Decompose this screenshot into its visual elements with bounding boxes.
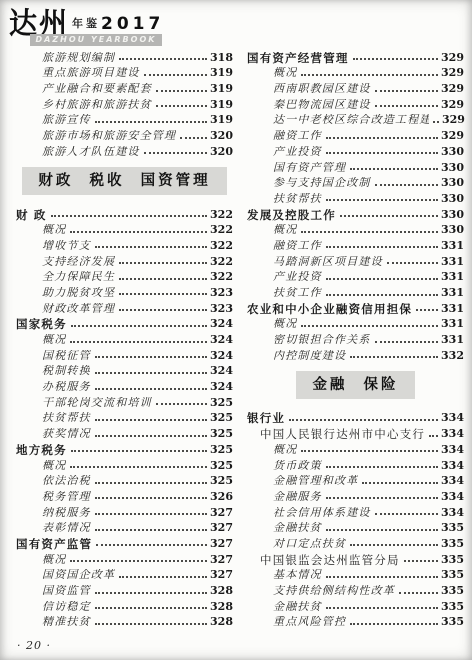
dot-leader [96, 544, 207, 546]
dot-leader [156, 105, 207, 107]
dot-leader [95, 356, 207, 358]
dot-leader [326, 497, 438, 499]
toc-entry-title: 国有资产管理 [247, 162, 346, 174]
toc-entry-title: 农业和中小企业融资信用担保 [247, 303, 412, 315]
toc-entry-title: 中国人民银行达州市中心支行 [247, 428, 425, 440]
dot-leader [95, 372, 207, 374]
toc-entry: 产业投资 330 [247, 142, 464, 158]
toc-entry-page: 328 [210, 585, 233, 597]
toc-entry-page: 325 [210, 428, 233, 440]
dot-leader [326, 529, 438, 531]
toc-entry-page: 334 [441, 460, 464, 472]
toc-entry-page: 330 [441, 162, 464, 174]
toc-entry: 农业和中小企业融资信用担保 331 [247, 299, 464, 315]
toc-entry: 金融管理和改革 334 [247, 472, 464, 488]
yearbook-logo-header: 达州 年鉴 2017 DAZHOU YEARBOOK [0, 0, 472, 46]
toc-entry: 融资工作 331 [247, 236, 464, 252]
toc-entry-page: 330 [441, 209, 464, 221]
toc-entry-title: 财政改革管理 [16, 303, 115, 315]
toc-entry: 扶贫帮扶 325 [16, 409, 233, 425]
toc-entry: 获奖情况 325 [16, 424, 233, 440]
toc-entry: 概况 331 [247, 315, 464, 331]
toc-entry-page: 320 [210, 146, 233, 158]
dot-leader [95, 513, 207, 515]
toc-entry-page: 324 [210, 381, 233, 393]
toc-entry-title: 助力脱贫攻坚 [16, 287, 115, 299]
logo-banner: DAZHOU YEARBOOK [30, 34, 162, 46]
dot-leader [326, 576, 438, 578]
toc-entry: 干部轮岗交流和培训 325 [16, 393, 233, 409]
toc-entry: 重点旅游项目建设 319 [16, 64, 233, 80]
toc-entry: 支持供给侧结构性改革 335 [247, 581, 464, 597]
toc-entry: 基本情况 335 [247, 566, 464, 582]
toc-entry: 扶贫工作 331 [247, 283, 464, 299]
dot-leader [95, 388, 207, 390]
toc-entry-title: 信访稳定 [16, 601, 91, 613]
toc-entry-page: 319 [210, 99, 233, 111]
dot-leader [51, 215, 207, 217]
toc-entry-title: 概况 [247, 224, 297, 236]
toc-entry-page: 329 [441, 130, 464, 142]
toc-entry: 支持经济发展 322 [16, 252, 233, 268]
toc-entry-title: 表彰情况 [16, 522, 91, 534]
toc-entry-title: 概况 [16, 460, 66, 472]
dot-leader [375, 90, 438, 92]
toc-entry-title: 旅游人才队伍建设 [16, 146, 140, 158]
dot-leader [70, 341, 207, 343]
toc-entry: 增收节支 322 [16, 236, 233, 252]
dot-leader [350, 168, 438, 170]
dot-leader [144, 74, 207, 76]
toc-entry-title: 概况 [16, 334, 66, 346]
toc-entry-page: 334 [441, 428, 464, 440]
toc-entry-title: 概况 [247, 67, 297, 79]
toc-entry: 税务管理 326 [16, 487, 233, 503]
toc-entry-page: 329 [441, 52, 464, 64]
toc-entry: 办税服务 324 [16, 377, 233, 393]
toc-entry-title: 西南职教园区建设 [247, 83, 371, 95]
toc-entry-page: 334 [441, 507, 464, 519]
toc-entry-title: 基本情况 [247, 569, 322, 581]
toc-entry-title: 税制转换 [16, 365, 91, 377]
toc-entry-page: 335 [441, 522, 464, 534]
dot-leader [375, 184, 438, 186]
toc-entry-page: 330 [441, 146, 464, 158]
toc-entry-page: 335 [441, 601, 464, 613]
toc-entry-page: 334 [441, 491, 464, 503]
toc-entry: 内控制度建设 332 [247, 346, 464, 362]
toc-entry-title: 乡村旅游和旅游扶贫 [16, 99, 152, 111]
toc-entry-title: 全力保障民生 [16, 271, 115, 283]
toc-entry-page: 331 [441, 334, 464, 346]
toc-entry: 助力脱贫攻坚 323 [16, 283, 233, 299]
toc-entry: 旅游人才队伍建设 320 [16, 142, 233, 158]
toc-entry-title: 概况 [247, 318, 297, 330]
toc-entry: 概况 329 [247, 64, 464, 80]
toc-entry: 乡村旅游和旅游扶贫 319 [16, 95, 233, 111]
dot-leader [119, 309, 207, 311]
dot-leader [375, 341, 438, 343]
toc-entry-title: 纳税服务 [16, 507, 91, 519]
dot-leader [387, 262, 438, 264]
dot-leader [70, 466, 207, 468]
dot-leader [95, 497, 207, 499]
dot-leader [95, 623, 207, 625]
dot-leader [119, 576, 207, 578]
toc-entry-title: 旅游规划编制 [16, 52, 115, 64]
toc-entry-title: 支持经济发展 [16, 256, 115, 268]
logo-year: 2017 [101, 14, 164, 34]
toc-entry-page: 330 [441, 177, 464, 189]
toc-entry: 国税征管 324 [16, 346, 233, 362]
dot-leader [326, 607, 438, 609]
dot-leader [119, 278, 207, 280]
toc-entry-page: 331 [441, 240, 464, 252]
dot-leader [301, 325, 438, 327]
dot-leader [95, 529, 207, 531]
dot-leader [119, 293, 207, 295]
toc-entry-title: 旅游市场和旅游安全管理 [16, 130, 176, 142]
toc-entry: 达一中老校区综合改造工程建设 329 [247, 111, 464, 127]
toc-entry-title: 国有资产经营管理 [247, 52, 349, 64]
toc-entry-title: 产业投资 [247, 146, 322, 158]
dot-leader [326, 199, 438, 201]
toc-entry: 中国银监会达州监管分局 335 [247, 550, 464, 566]
toc-entry: 融资工作 329 [247, 126, 464, 142]
toc-entry: 概况 322 [16, 221, 233, 237]
dot-leader [289, 419, 438, 421]
dot-leader [119, 58, 207, 60]
toc-entry-page: 327 [210, 569, 233, 581]
toc-entry-page: 325 [210, 475, 233, 487]
dot-leader [350, 623, 438, 625]
toc-entry-page: 327 [210, 522, 233, 534]
toc-entry-title: 概况 [16, 554, 66, 566]
toc-entry-title: 金融扶贫 [247, 522, 322, 534]
toc-entry: 社会信用体系建设 334 [247, 503, 464, 519]
toc-entry-page: 325 [210, 397, 233, 409]
toc-entry-page: 324 [210, 334, 233, 346]
scanned-yearbook-page: 达州 年鉴 2017 DAZHOU YEARBOOK 旅游规划编制 318 重点… [0, 0, 472, 660]
toc-entry-title: 概况 [247, 444, 297, 456]
toc-entry-title: 增收节支 [16, 240, 91, 252]
toc-entry-page: 326 [210, 491, 233, 503]
toc-entry-title: 参与支持国企改制 [247, 177, 371, 189]
toc-entry-title: 金融服务 [247, 491, 322, 503]
toc-entry-title: 产业投资 [247, 271, 322, 283]
dot-leader [326, 152, 438, 154]
toc-entry-title: 概况 [16, 224, 66, 236]
toc-entry-title: 金融扶贫 [247, 601, 322, 613]
toc-column-left: 旅游规划编制 318 重点旅游项目建设 319 产业融合和要素配套 319 [16, 48, 233, 636]
toc-entry-page: 329 [441, 67, 464, 79]
toc-entry-page: 319 [210, 83, 233, 95]
dot-leader [362, 482, 438, 484]
toc-columns: 旅游规划编制 318 重点旅游项目建设 319 产业融合和要素配套 319 [16, 48, 464, 636]
toc-entry-page: 334 [441, 444, 464, 456]
toc-entry: 精准扶贫 328 [16, 613, 233, 629]
dot-leader [70, 231, 207, 233]
dot-leader [326, 246, 438, 248]
toc-entry-title: 获奖情况 [16, 428, 91, 440]
toc-entry: 中国人民银行达州市中心支行 334 [247, 424, 464, 440]
toc-entry-page: 328 [210, 601, 233, 613]
toc-entry: 概况 327 [16, 550, 233, 566]
dot-leader [429, 435, 438, 437]
toc-entry: 重点风险管控 335 [247, 613, 464, 629]
toc-entry-title: 产业融合和要素配套 [16, 83, 152, 95]
dot-leader [326, 278, 438, 280]
page-number: · 20 · [17, 639, 51, 652]
dot-leader [326, 137, 438, 139]
toc-entry-page: 328 [210, 616, 233, 628]
dot-leader [156, 90, 207, 92]
toc-entry-title: 依法治税 [16, 475, 91, 487]
toc-entry-title: 达一中老校区综合改造工程建设 [247, 114, 429, 126]
dot-leader [416, 309, 438, 311]
dot-leader [70, 560, 207, 562]
toc-entry-page: 327 [210, 538, 233, 550]
toc-entry-page: 331 [441, 256, 464, 268]
toc-entry-page: 331 [441, 271, 464, 283]
dot-leader [399, 592, 438, 594]
toc-entry: 表彰情况 327 [16, 519, 233, 535]
toc-entry-page: 325 [210, 412, 233, 424]
toc-entry-page: 335 [441, 554, 464, 566]
toc-entry-title: 密切银担合作关系 [247, 334, 371, 346]
toc-entry-page: 329 [441, 83, 464, 95]
toc-entry-title: 金融管理和改革 [247, 475, 358, 487]
dot-leader [340, 215, 438, 217]
dot-leader [326, 294, 438, 296]
toc-entry-page: 329 [441, 99, 464, 111]
dot-leader [375, 513, 438, 515]
dot-leader [301, 74, 438, 76]
toc-entry-page: 325 [210, 444, 233, 456]
toc-entry-page: 318 [210, 52, 233, 64]
toc-entry: 金融扶贫 335 [247, 519, 464, 535]
toc-entry: 国家税务 324 [16, 315, 233, 331]
toc-entry-title: 税务管理 [16, 491, 91, 503]
toc-entry: 金融扶贫 335 [247, 597, 464, 613]
toc-entry: 概况 330 [247, 221, 464, 237]
toc-entry-page: 322 [210, 240, 233, 252]
dot-leader [71, 450, 207, 452]
toc-entry-page: 331 [441, 287, 464, 299]
toc-entry: 旅游规划编制 318 [16, 48, 233, 64]
toc-entry-title: 马踏洞新区项目建设 [247, 256, 383, 268]
toc-entry-page: 319 [210, 67, 233, 79]
toc-entry: 西南职教园区建设 329 [247, 79, 464, 95]
toc-entry-page: 327 [210, 554, 233, 566]
toc-entry-title: 社会信用体系建设 [247, 507, 371, 519]
toc-entry: 扶贫帮扶 330 [247, 189, 464, 205]
toc-entry-title: 精准扶贫 [16, 616, 91, 628]
dot-leader [119, 262, 207, 264]
toc-entry: 信访稳定 328 [16, 597, 233, 613]
toc-entry: 旅游市场和旅游安全管理 320 [16, 126, 233, 142]
toc-entry-title: 扶贫帮扶 [16, 412, 91, 424]
toc-entry-page: 324 [210, 365, 233, 377]
toc-entry-page: 332 [441, 350, 464, 362]
dot-leader [95, 435, 207, 437]
toc-entry-title: 货币政策 [247, 460, 322, 472]
toc-entry-title: 财 政 [16, 209, 47, 221]
toc-entry: 国资监管 328 [16, 581, 233, 597]
toc-entry: 概况 325 [16, 456, 233, 472]
section-header: 财政 税收 国资管理 [22, 167, 226, 195]
toc-entry: 参与支持国企改制 330 [247, 174, 464, 190]
dot-leader [95, 607, 207, 609]
toc-entry-title: 银行业 [247, 412, 285, 424]
toc-entry: 国资国企改革 327 [16, 566, 233, 582]
toc-entry: 产业融合和要素配套 319 [16, 79, 233, 95]
toc-entry-page: 329 [442, 114, 464, 126]
toc-entry-page: 334 [441, 475, 464, 487]
toc-entry-page: 320 [210, 130, 233, 142]
dot-leader [144, 152, 207, 154]
dot-leader [350, 356, 438, 358]
toc-entry: 银行业 334 [247, 409, 464, 425]
toc-entry-title: 重点旅游项目建设 [16, 67, 140, 79]
toc-entry: 财 政 322 [16, 205, 233, 221]
toc-entry-page: 319 [210, 114, 233, 126]
toc-entry-page: 324 [210, 318, 233, 330]
toc-entry-page: 330 [441, 193, 464, 205]
toc-entry-title: 办税服务 [16, 381, 91, 393]
dot-leader [95, 482, 207, 484]
toc-entry-page: 325 [210, 460, 233, 472]
dot-leader [433, 121, 439, 123]
dot-leader [95, 121, 207, 123]
dot-leader [156, 403, 207, 405]
toc-entry: 纳税服务 327 [16, 503, 233, 519]
toc-entry-title: 国有资产监管 [16, 538, 92, 550]
toc-entry: 地方税务 325 [16, 440, 233, 456]
toc-entry-title: 中国银监会达州监管分局 [247, 554, 400, 566]
toc-entry-title: 融资工作 [247, 240, 322, 252]
toc-entry-title: 支持供给侧结构性改革 [247, 585, 395, 597]
toc-entry-title: 地方税务 [16, 444, 67, 456]
toc-entry-page: 322 [210, 209, 233, 221]
toc-entry: 全力保障民生 322 [16, 268, 233, 284]
toc-entry-title: 国家税务 [16, 318, 67, 330]
toc-entry: 货币政策 334 [247, 456, 464, 472]
toc-entry-page: 323 [210, 303, 233, 315]
dot-leader [95, 592, 207, 594]
dot-leader [301, 231, 438, 233]
toc-entry: 财政改革管理 323 [16, 299, 233, 315]
toc-entry: 国有资产监管 327 [16, 534, 233, 550]
toc-entry: 依法治税 325 [16, 472, 233, 488]
toc-entry-page: 322 [210, 224, 233, 236]
toc-column-right: 国有资产经营管理 329 概况 329 西南职教园区建设 329 [247, 48, 464, 636]
toc-entry-page: 335 [441, 538, 464, 550]
toc-entry-page: 331 [441, 318, 464, 330]
toc-entry-page: 334 [441, 412, 464, 424]
toc-entry-title: 旅游宣传 [16, 114, 91, 126]
dot-leader [326, 466, 438, 468]
toc-entry: 密切银担合作关系 331 [247, 330, 464, 346]
dot-leader [404, 560, 438, 562]
dot-leader [350, 544, 438, 546]
toc-entry: 国有资产经营管理 329 [247, 48, 464, 64]
toc-entry: 发展及控股工作 330 [247, 205, 464, 221]
toc-entry-page: 322 [210, 256, 233, 268]
section-header-row: 财政 税收 国资管理 [16, 167, 233, 195]
toc-entry-page: 335 [441, 569, 464, 581]
toc-entry: 对口定点扶贫 335 [247, 534, 464, 550]
toc-entry: 国有资产管理 330 [247, 158, 464, 174]
toc-entry-title: 国税征管 [16, 350, 91, 362]
toc-entry: 金融服务 334 [247, 487, 464, 503]
toc-entry: 马踏洞新区项目建设 331 [247, 252, 464, 268]
toc-entry-title: 发展及控股工作 [247, 209, 336, 221]
toc-entry-title: 国资监管 [16, 585, 91, 597]
toc-entry-page: 335 [441, 585, 464, 597]
toc-entry-page: 323 [210, 287, 233, 299]
section-header-row: 金融 保险 [247, 371, 464, 399]
dot-leader [353, 58, 438, 60]
dot-leader [71, 325, 207, 327]
toc-entry-title: 内控制度建设 [247, 350, 346, 362]
toc-entry-page: 322 [210, 271, 233, 283]
toc-entry: 产业投资 331 [247, 268, 464, 284]
toc-entry-title: 对口定点扶贫 [247, 538, 346, 550]
toc-entry-title: 融资工作 [247, 130, 322, 142]
toc-entry-page: 327 [210, 507, 233, 519]
toc-entry-page: 324 [210, 350, 233, 362]
toc-entry-title: 国资国企改革 [16, 569, 115, 581]
toc-entry: 概况 334 [247, 440, 464, 456]
dot-leader [301, 450, 438, 452]
dot-leader [180, 137, 207, 139]
toc-entry-title: 重点风险管控 [247, 616, 346, 628]
dot-leader [95, 419, 207, 421]
toc-entry-title: 秦巴物流园区建设 [247, 99, 371, 111]
toc-entry-page: 331 [441, 303, 464, 315]
toc-entry-title: 扶贫工作 [247, 287, 322, 299]
dot-leader [95, 246, 207, 248]
toc-entry-title: 扶贫帮扶 [247, 193, 322, 205]
section-header: 金融 保险 [296, 371, 414, 399]
toc-entry-page: 330 [441, 224, 464, 236]
toc-entry-page: 335 [441, 616, 464, 628]
dot-leader [375, 105, 438, 107]
toc-entry: 旅游宣传 319 [16, 111, 233, 127]
logo-subtitle: 年鉴 [72, 15, 100, 31]
toc-entry-title: 干部轮岗交流和培训 [16, 397, 152, 409]
toc-entry: 税制转换 324 [16, 362, 233, 378]
toc-entry: 秦巴物流园区建设 329 [247, 95, 464, 111]
toc-entry: 概况 324 [16, 330, 233, 346]
